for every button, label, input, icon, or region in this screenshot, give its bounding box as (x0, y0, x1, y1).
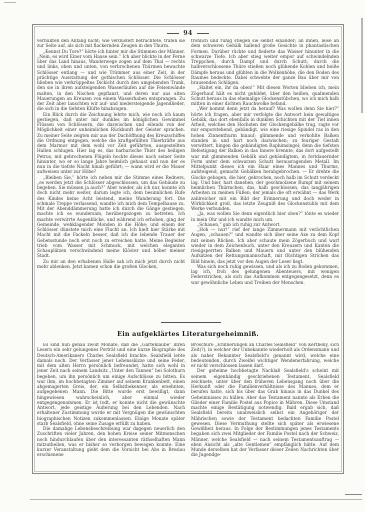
paragraph: Der geheime hochbetagte Nachlaß Sealsfie… (191, 369, 339, 458)
paragraph: „Hoh — nur!“ rief der lange Zimmermann m… (191, 228, 339, 265)
article-headline: Ein aufgeklärtes Literaturgeheimniß. (33, 330, 343, 338)
folio-dash-left (167, 33, 179, 34)
page-number-value: 94 (183, 30, 192, 37)
scan-bottom-mark (345, 494, 362, 495)
paragraph: Die damalige Lebensbeschreibung war dage… (37, 427, 185, 459)
paragraph: „Haltet ein, ihr da oben!“ Mit diesen Wo… (191, 86, 339, 107)
upper-left-column: verhüllten den Anfang nicht; wie verdüst… (37, 39, 185, 309)
scan-edge-mark (361, 18, 363, 113)
scan-corner-mark (4, 2, 16, 3)
paragraph: Zu mir an den erhabenen Halle sah ich mi… (37, 260, 185, 271)
page-number: 94 (33, 30, 343, 37)
article-right-column: Broschüre „Erinnerungen an Charles Seals… (191, 343, 339, 471)
section-separator (161, 322, 221, 323)
article-body: Es sind nun genau zwölf Monate, daß die … (37, 343, 339, 471)
paragraph: „Wer kommt denn jetzt da herauf? Was wol… (191, 107, 339, 212)
article-left-column: Es sind nun genau zwölf Monate, daß die … (37, 343, 185, 471)
paragraph: Broschüre „Erinnerungen an Charles Seals… (191, 343, 339, 369)
paragraph: Ein Blick durch die Zeichnung lehrte mic… (37, 113, 185, 176)
continued-story: verhüllten den Anfang nicht; wie verdüst… (37, 39, 339, 309)
folio-dash-right (197, 33, 209, 34)
paragraph: „Ja, was wollen Sie denn eigentlich hier… (191, 212, 339, 223)
paragraph: Was sich noch ruhig gewissen, und als ic… (191, 265, 339, 286)
paragraph: Es sind nun genau zwölf Monate, daß die … (37, 343, 185, 427)
paragraph: fröhlich und ruhig stiegen sie selbst ei… (191, 39, 339, 86)
paragraph: „Bleiben Sie,“ hörte ich neben mir die S… (37, 176, 185, 260)
paragraph: verhüllten den Anfang nicht; wie verdüst… (37, 39, 185, 50)
upper-right-column: fröhlich und ruhig stiegen sie selbst ei… (191, 39, 339, 309)
scan-bottom-rule (30, 499, 362, 500)
paragraph: „Kennst Du Tore?“ hörte ich hinter mir d… (37, 50, 185, 113)
newspaper-page: 94 verhüllten den Anfang nicht; wie verd… (32, 24, 344, 474)
